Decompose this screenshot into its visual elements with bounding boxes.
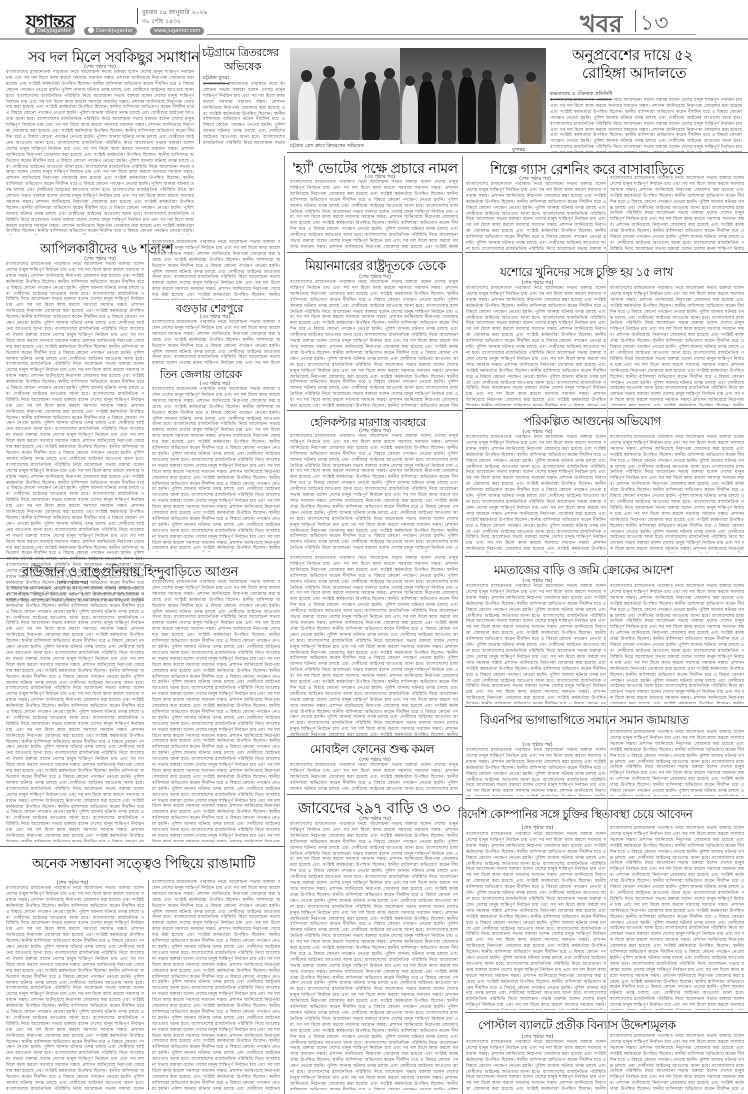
article-body: বাংলাদেশের রাজনৈতিক পরিস্থিতি নিয়ে আলোচ… <box>466 435 606 553</box>
article-body: বাংলাদেশের রাজনৈতিক পরিস্থিতি নিয়ে আলোচ… <box>6 70 194 235</box>
social-twitter[interactable]: DailyJugantor <box>25 27 75 35</box>
article-body: বাংলাদেশের রাজনৈতিক পরিস্থিতি নিয়ে আলোচ… <box>290 434 458 552</box>
x-twitter-icon <box>29 27 35 33</box>
divider <box>0 846 284 847</box>
headline: অনেক সম্ভাবনা সত্ত্বেও পিছিয়ে রাঙামাটি <box>32 852 255 876</box>
article-body: বাংলাদেশের রাজনৈতিক পরিস্থিতি নিয়ে আলোচ… <box>152 320 280 364</box>
article-body: বাংলাদেশের রাজনৈতিক পরিস্থিতি নিয়ে আলোচ… <box>610 176 744 250</box>
masthead-rule <box>207 34 696 35</box>
event-photo <box>290 48 400 140</box>
social-facebook[interactable]: DainikJugantor <box>84 27 137 35</box>
article-body: বাংলাদেশের রাজনৈতিক পরিস্থিতি নিয়ে আলোচ… <box>550 98 742 152</box>
photo-credit: যুগান্তর <box>512 147 525 155</box>
newspaper-logo: যুগান্তর <box>26 8 74 40</box>
social-website[interactable]: www.jugantor.com <box>150 27 204 35</box>
divider <box>0 558 284 559</box>
article-body: বাংলাদেশের রাজনৈতিক পরিস্থিতি নিয়ে আলোচ… <box>610 730 744 796</box>
headline: বিদেশি কোম্পানির সঙ্গে চুক্তির স্থিতাবস্… <box>458 806 692 825</box>
divider <box>635 10 636 32</box>
divider <box>137 8 138 24</box>
facebook-icon <box>88 27 94 33</box>
header-rule <box>0 38 748 40</box>
article-body: বাংলাদেশের রাজনৈতিক পরিস্থিতি নিয়ে আলোচ… <box>152 240 280 300</box>
article-body: বাংলাদেশের রাজনৈতিক পরিস্থিতি নিয়ে আলোচ… <box>466 584 606 704</box>
article-body: বাংলাদেশের রাজনৈতিক পরিস্থিতি নিয়ে আলোচ… <box>466 182 606 250</box>
group-photo <box>400 48 546 144</box>
article-body: বাংলাদেশের রাজনৈতিক পরিস্থিতি নিয়ে আলোচ… <box>610 584 744 704</box>
article-body: বাংলাদেশের রাজনৈতিক পরিস্থিতি নিয়ে আলোচ… <box>6 886 144 1090</box>
article-body: বাংলাদেশের রাজনৈতিক পরিস্থিতি নিয়ে আলোচ… <box>466 1040 606 1090</box>
column-rule <box>462 156 463 251</box>
article-body: বাংলাদেশের রাজনৈতিক পরিস্থিতি নিয়ে আলোচ… <box>290 180 458 250</box>
column-rule <box>148 240 149 550</box>
article-body: বাংলাদেশের রাজনৈতিক পরিস্থিতি নিয়ে আলোচ… <box>152 387 280 552</box>
article-body: বাংলাদেশের রাজনৈতিক পরিস্থিতি নিয়ে আলোচ… <box>6 586 144 842</box>
article-body: বাংলাদেশের রাজনৈতিক পরিস্থিতি নিয়ে আলোচ… <box>290 763 458 791</box>
article-body: বাংলাদেশের রাজনৈতিক পরিস্থিতি নিয়ে আলোচ… <box>466 748 606 796</box>
date-bangla: ৩০ পৌষ ১৪৩২ <box>142 16 181 27</box>
divider <box>287 794 462 795</box>
photo-caption: চট্টগ্রাম প্রেস ক্লাবে ত্রিতরঙ্গের অভিষে… <box>290 143 364 151</box>
column-rule <box>284 556 285 1094</box>
divider <box>287 736 462 737</box>
article-body: বাংলাদেশের রাজনৈতিক পরিস্থিতি নিয়ে আলোচ… <box>290 280 458 408</box>
article-body: বাংলাদেশের রাজনৈতিক পরিস্থিতি নিয়ে আলোচ… <box>6 262 144 602</box>
article-body: বাংলাদেশের রাজনৈতিক পরিস্থিতি নিয়ে আলোচ… <box>203 82 285 144</box>
column-rule <box>284 156 285 556</box>
divider <box>287 410 462 411</box>
column-rule <box>607 176 608 1094</box>
headline: রোহিঙ্গা আদালতে <box>582 62 686 87</box>
column-rule <box>462 252 463 1094</box>
divider <box>287 252 462 253</box>
article-body: বাংলাদেশের রাজনৈতিক পরিস্থিতি নিয়ে আলোচ… <box>610 435 744 553</box>
article-body: বাংলাদেশের রাজনৈতিক পরিস্থিতি নিয়ে আলোচ… <box>466 832 606 1010</box>
article-body: বাংলাদেশের রাজনৈতিক পরিস্থিতি নিয়ে আলোচ… <box>610 1034 744 1090</box>
headline: অভিষেক <box>224 58 261 77</box>
headline: বিএনপির ভাগাভাগিতে সমানে সমান জামায়াত <box>480 712 688 732</box>
article-body: বাংলাদেশের রাজনৈতিক পরিস্থিতি নিয়ে আলোচ… <box>152 880 280 1090</box>
article-body: বাংলাদেশের রাজনৈতিক পরিস্থিতি নিয়ে আলোচ… <box>290 822 458 1090</box>
divider <box>287 152 748 153</box>
article-body: বাংলাদেশের রাজনৈতিক পরিস্থিতি নিয়ে আলোচ… <box>152 580 280 842</box>
article-body: বাংলাদেশের রাজনৈতিক পরিস্থিতি নিয়ে আলোচ… <box>466 286 606 406</box>
article-body: বাংলাদেশের রাজনৈতিক পরিস্থিতি নিয়ে আলোচ… <box>290 556 458 736</box>
masthead: যুগান্তর বুধবার ১৪ জানুয়ারি ২০২৬ ৩০ পৌষ… <box>0 0 748 36</box>
column-rule <box>199 44 200 144</box>
article-body: বাংলাদেশের রাজনৈতিক পরিস্থিতি নিয়ে আলোচ… <box>610 826 744 1010</box>
article-body: বাংলাদেশের রাজনৈতিক পরিস্থিতি নিয়ে আলোচ… <box>610 286 744 406</box>
section-title: খবর <box>580 6 622 46</box>
column-rule <box>148 880 149 1090</box>
